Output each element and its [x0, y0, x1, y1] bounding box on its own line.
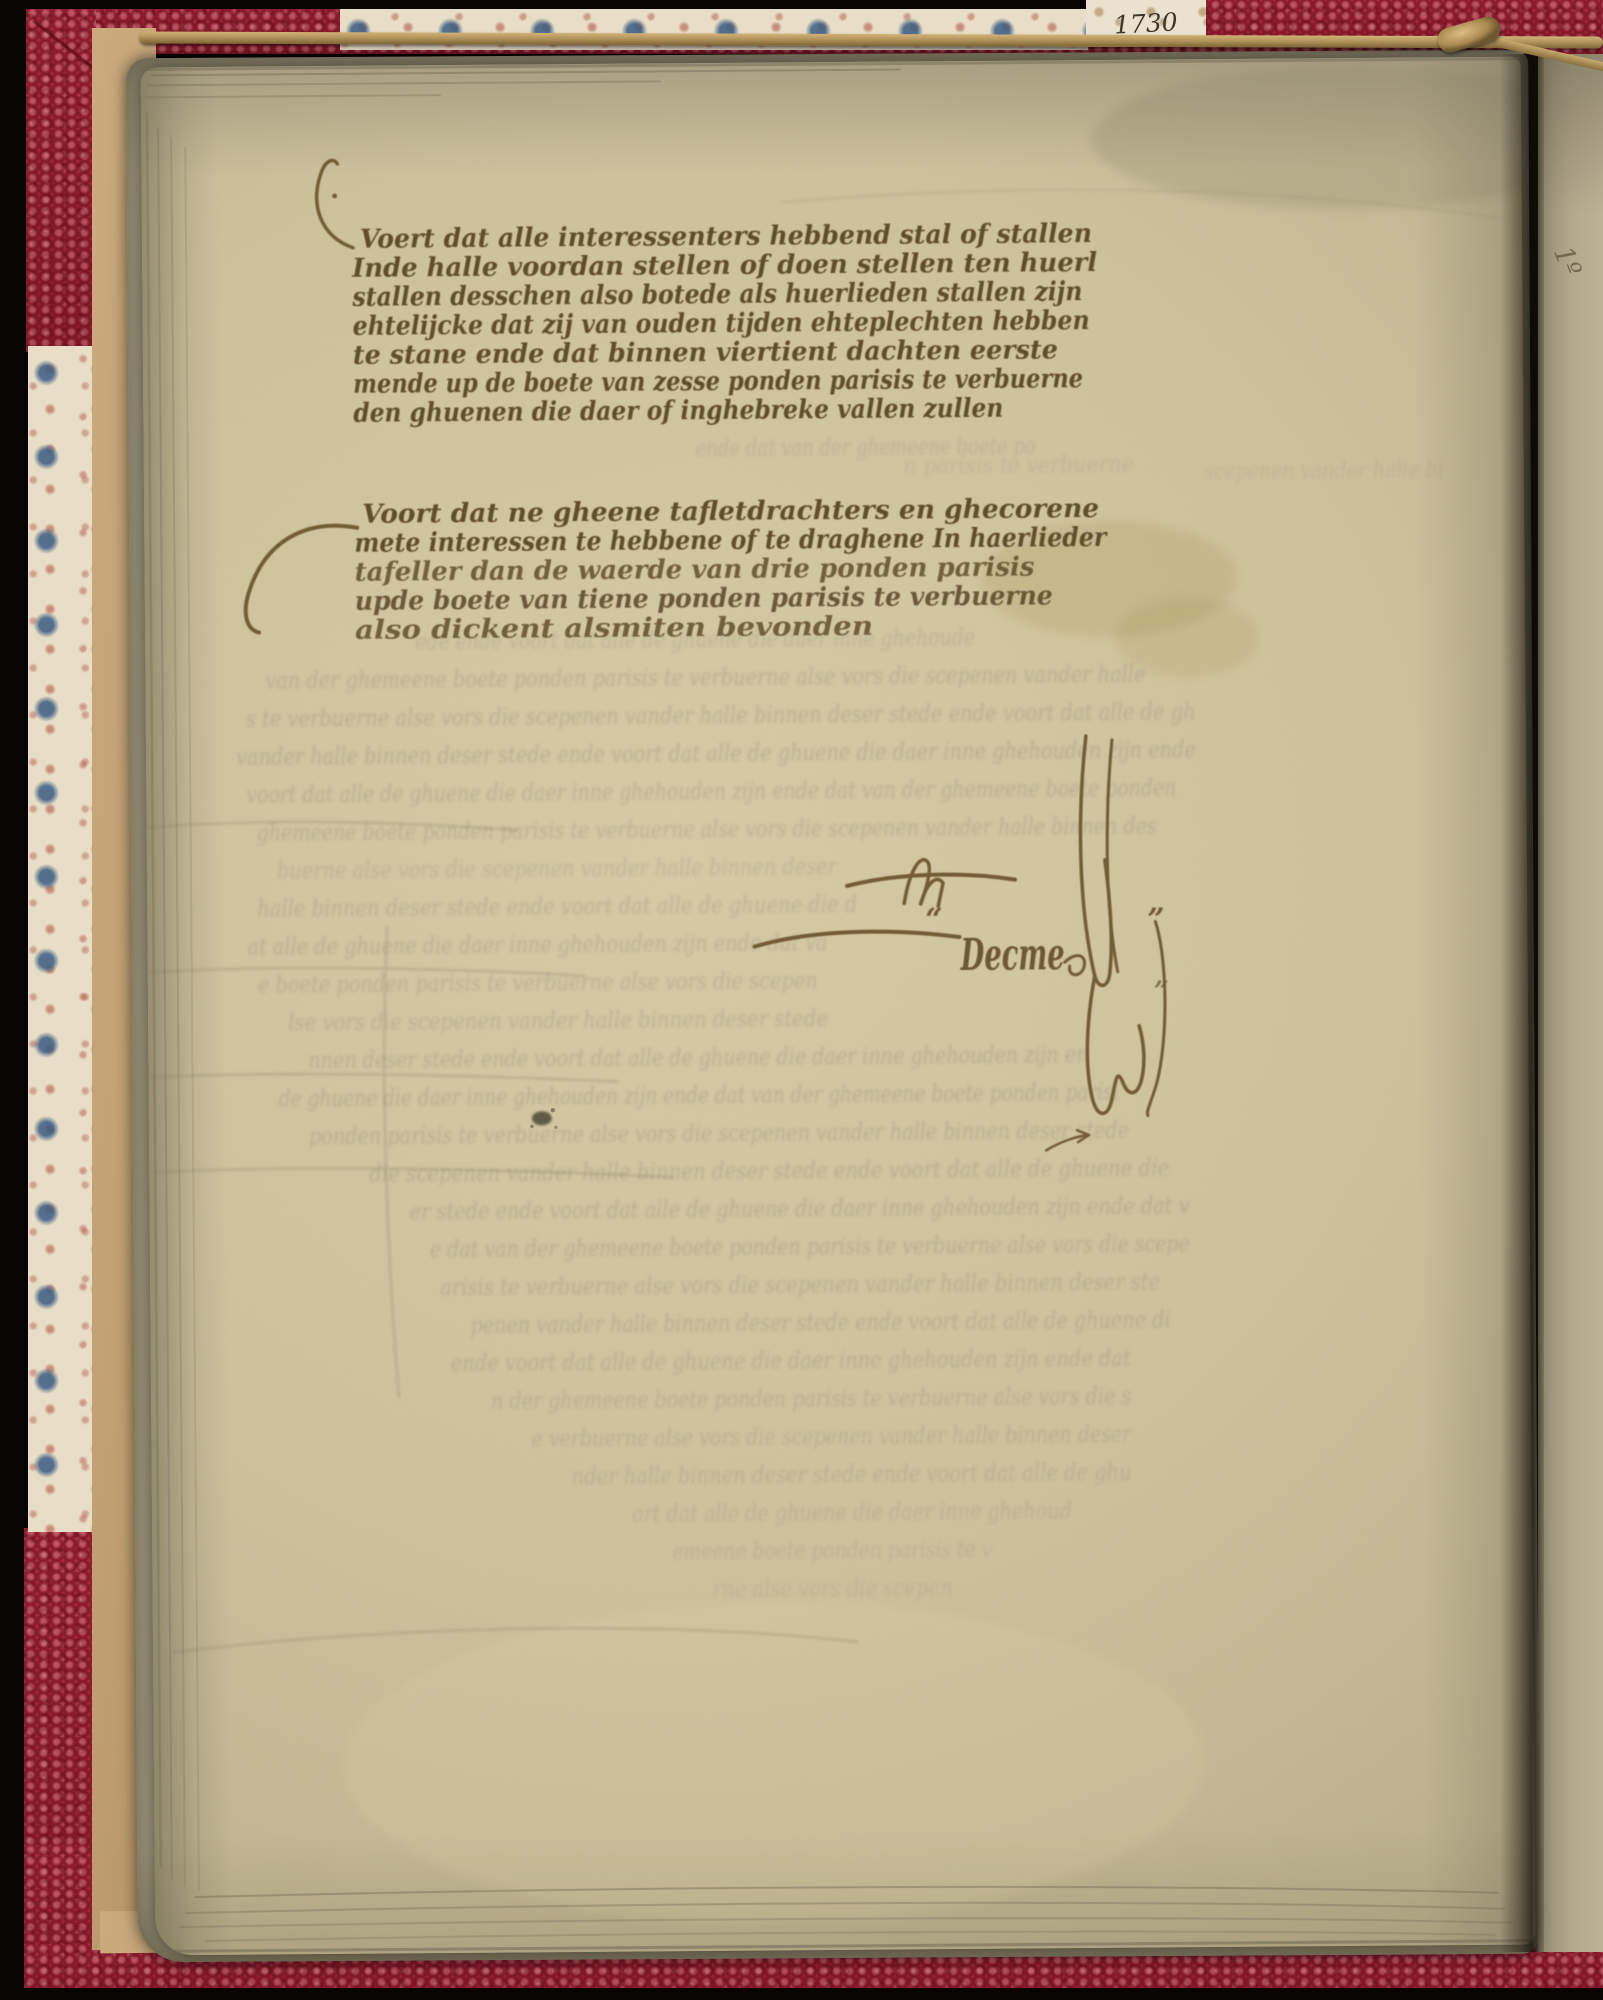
page-ink-layer: ende dat van der ghemeene boete pon pari… [141, 57, 1536, 1956]
parchment-grain [141, 57, 1536, 1956]
shadow-strip-bottom [0, 1988, 1603, 2000]
facing-page-shade [1538, 54, 1603, 214]
photo-stage: 1730 [0, 0, 1603, 2000]
gutter-shadow [1500, 54, 1544, 1952]
manuscript-page: ende dat van der ghemeene boete pon pari… [141, 57, 1536, 1956]
facing-page: 1º [1538, 54, 1603, 1952]
marbled-endpaper-left [28, 346, 92, 1532]
folio-mark: 1º [1547, 242, 1587, 281]
shadow-strip [0, 0, 1092, 9]
